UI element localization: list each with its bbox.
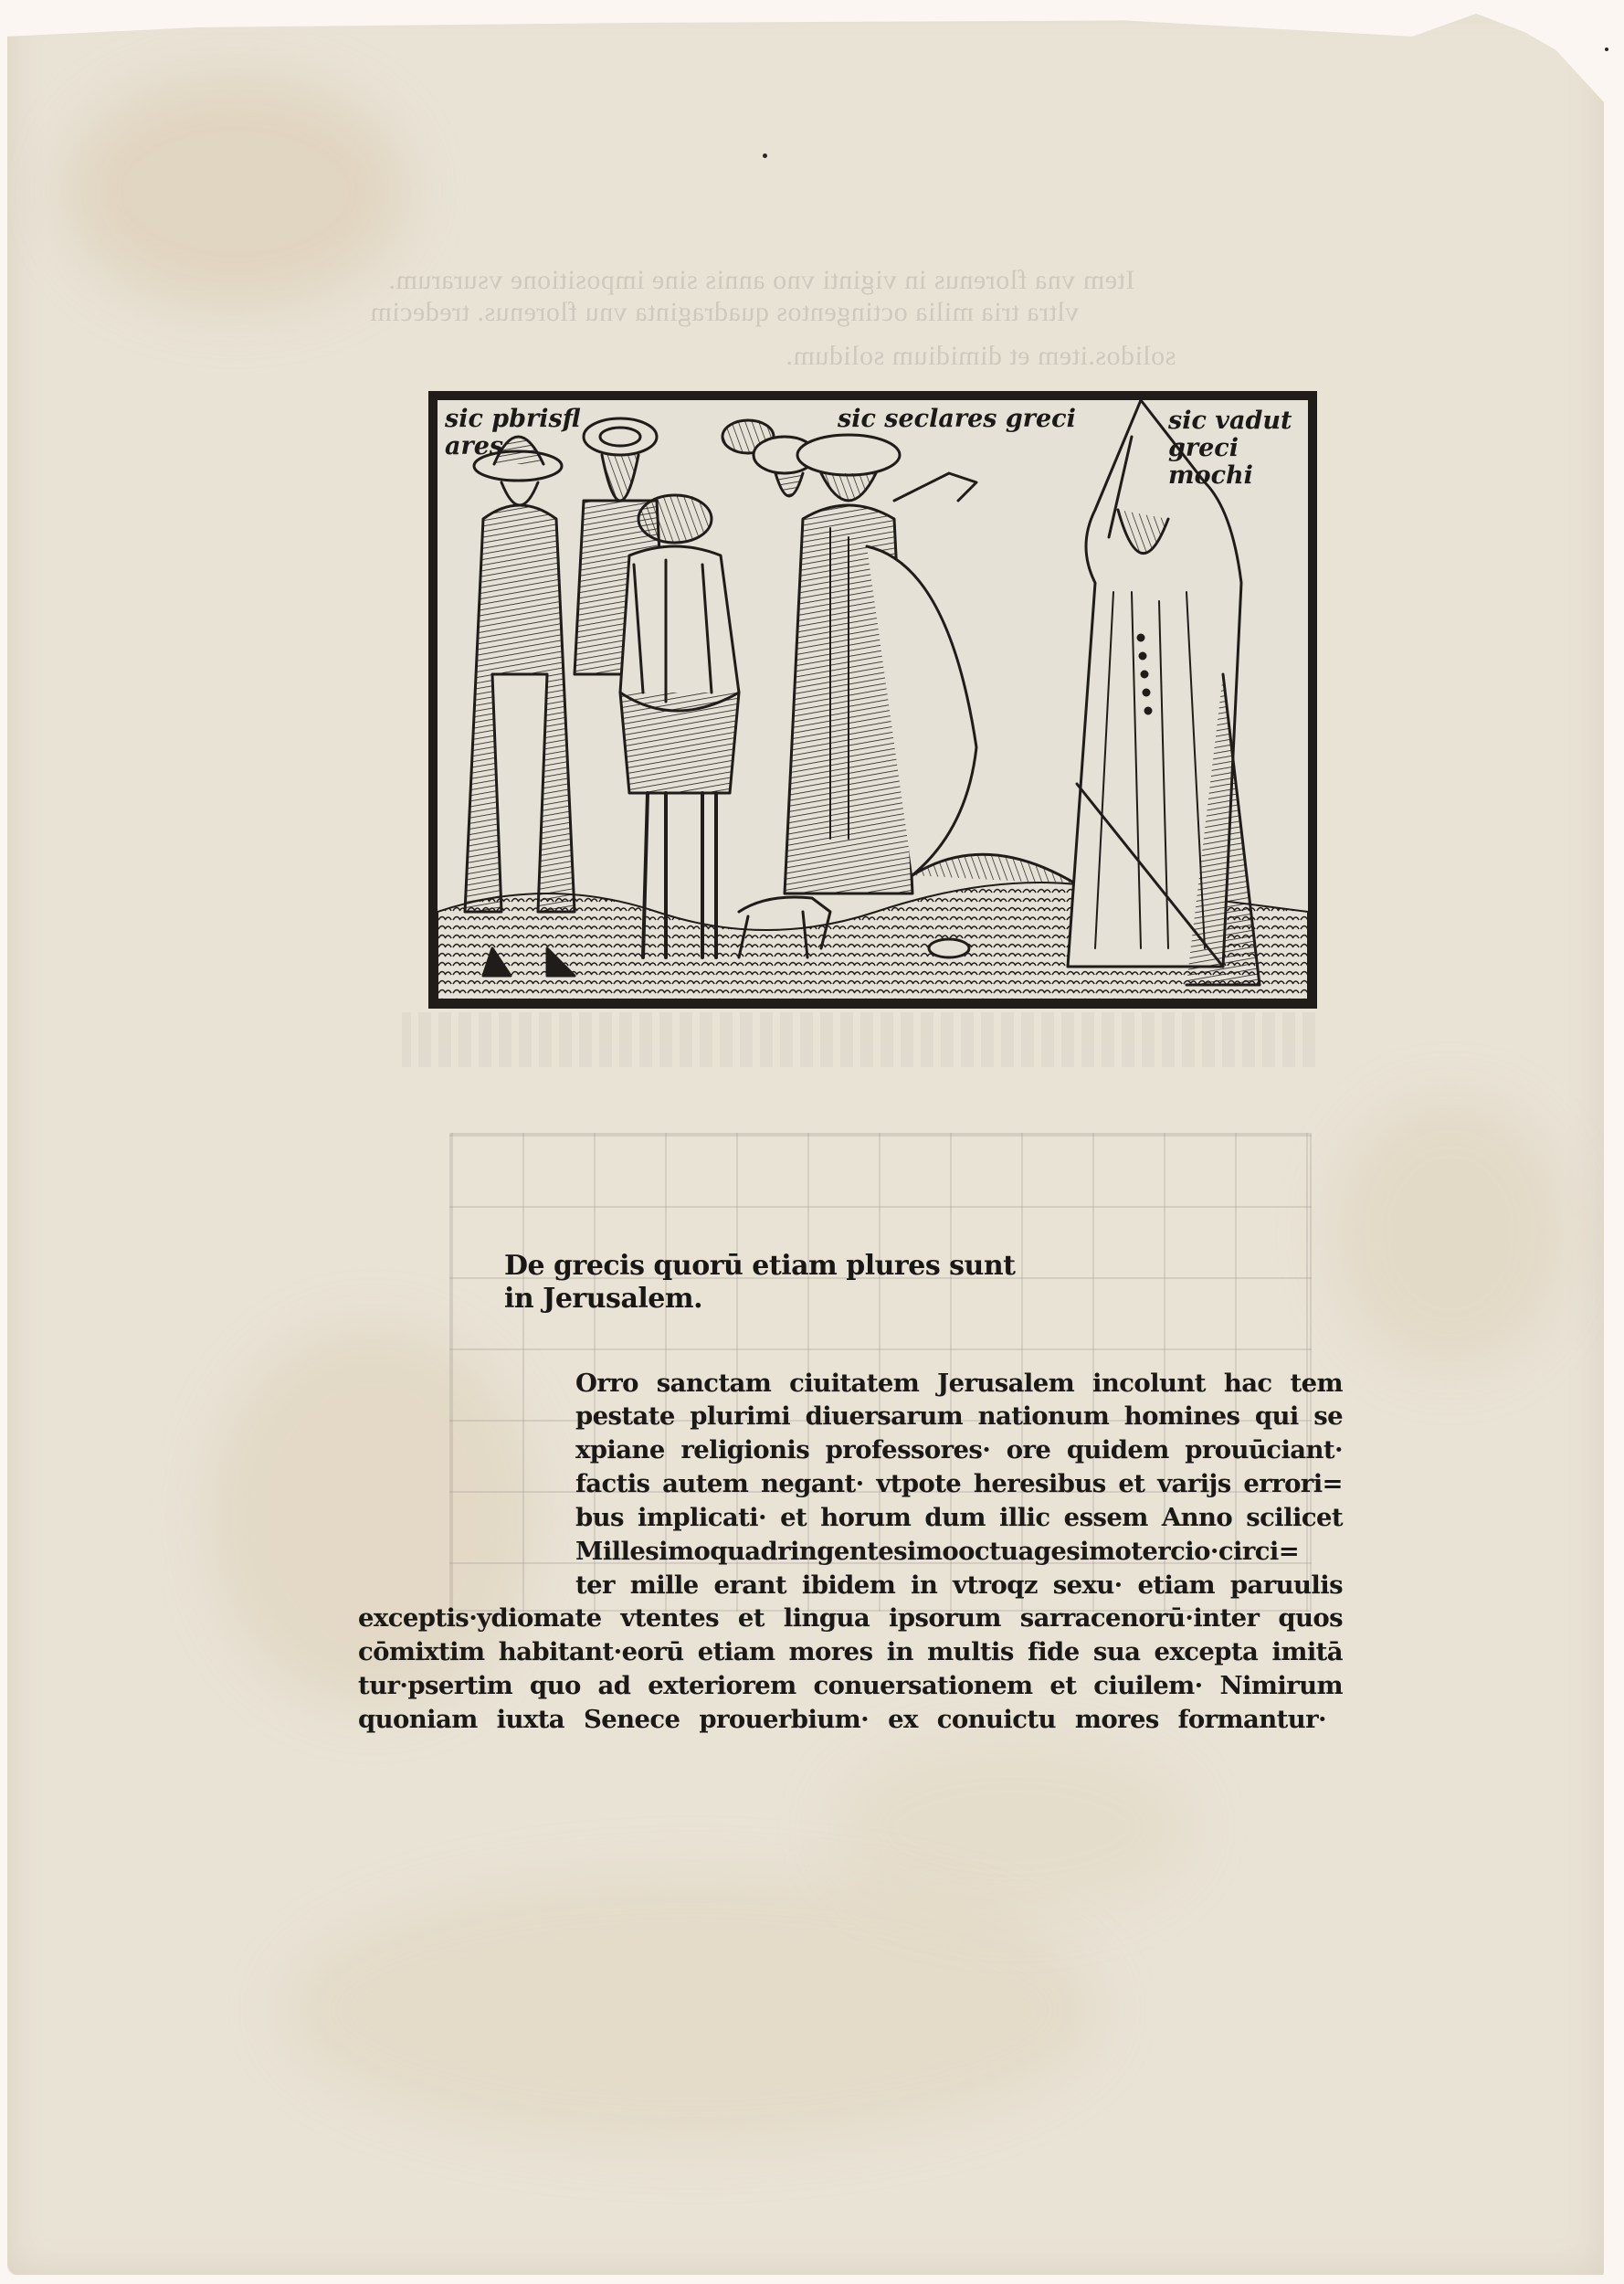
figures-engraving-icon — [438, 400, 1308, 999]
ink-speck — [763, 153, 767, 158]
woodcut-illustration: sic pbrisfl ares sic seclares greci sic … — [428, 391, 1317, 1009]
ink-speck — [1605, 48, 1608, 51]
body-text-line: Millesimoquadringentesimooctuagesimoterc… — [575, 1535, 1343, 1568]
body-text-line: Orro sanctam ciuitatem Jerusalem incolun… — [575, 1367, 1343, 1400]
body-text-line: bus implicati· et horum dum illic essem … — [575, 1501, 1343, 1534]
body-text-line: quoniam iuxta Senece prouerbium· ex conu… — [358, 1703, 1326, 1736]
heading-line-2: in Jerusalem. — [504, 1283, 1016, 1316]
woodcut-caption-left: sic pbrisfl ares — [445, 406, 580, 460]
heading-line-1: De grecis quorū etiam plures sunt — [504, 1250, 1016, 1283]
body-text-line: factis autem negant· vtpote heresibus et… — [575, 1467, 1343, 1500]
body-text-line: xpiane religionis professores· ore quide… — [575, 1433, 1343, 1466]
body-text-line: pestate plurimi diuersarum nationum homi… — [575, 1400, 1343, 1433]
foxing-stain — [1332, 1096, 1569, 1370]
body-text-line: cōmixtim habitant·eorū etiam mores in mu… — [358, 1635, 1343, 1668]
woodcut-caption-center: sic seclares greci — [838, 406, 1076, 433]
body-text-line: exceptis·ydiomate vtentes et lingua ipso… — [358, 1602, 1343, 1634]
woodcut-caption-right: sic vadut greci mochi — [1168, 407, 1308, 490]
body-text-line: tur·psertim quo ad exteriorem conuersati… — [358, 1669, 1343, 1702]
foxing-stain — [62, 73, 409, 311]
bleed-through-line: solidos.item et dimidium solidum. — [786, 341, 1176, 372]
bleed-through-line — [402, 1012, 1315, 1067]
foxing-stain — [829, 1736, 1195, 1919]
body-text-line: ter mille erant ibidem in vtroqz sexu· e… — [575, 1569, 1343, 1602]
bleed-through-line: vltra tria milia octingentos quadraginta… — [370, 297, 1079, 328]
chapter-heading: De grecis quorū etiam plures sunt in Jer… — [504, 1250, 1016, 1316]
bleed-through-line: Item vna florenus in viginti vno annis s… — [388, 265, 1134, 296]
